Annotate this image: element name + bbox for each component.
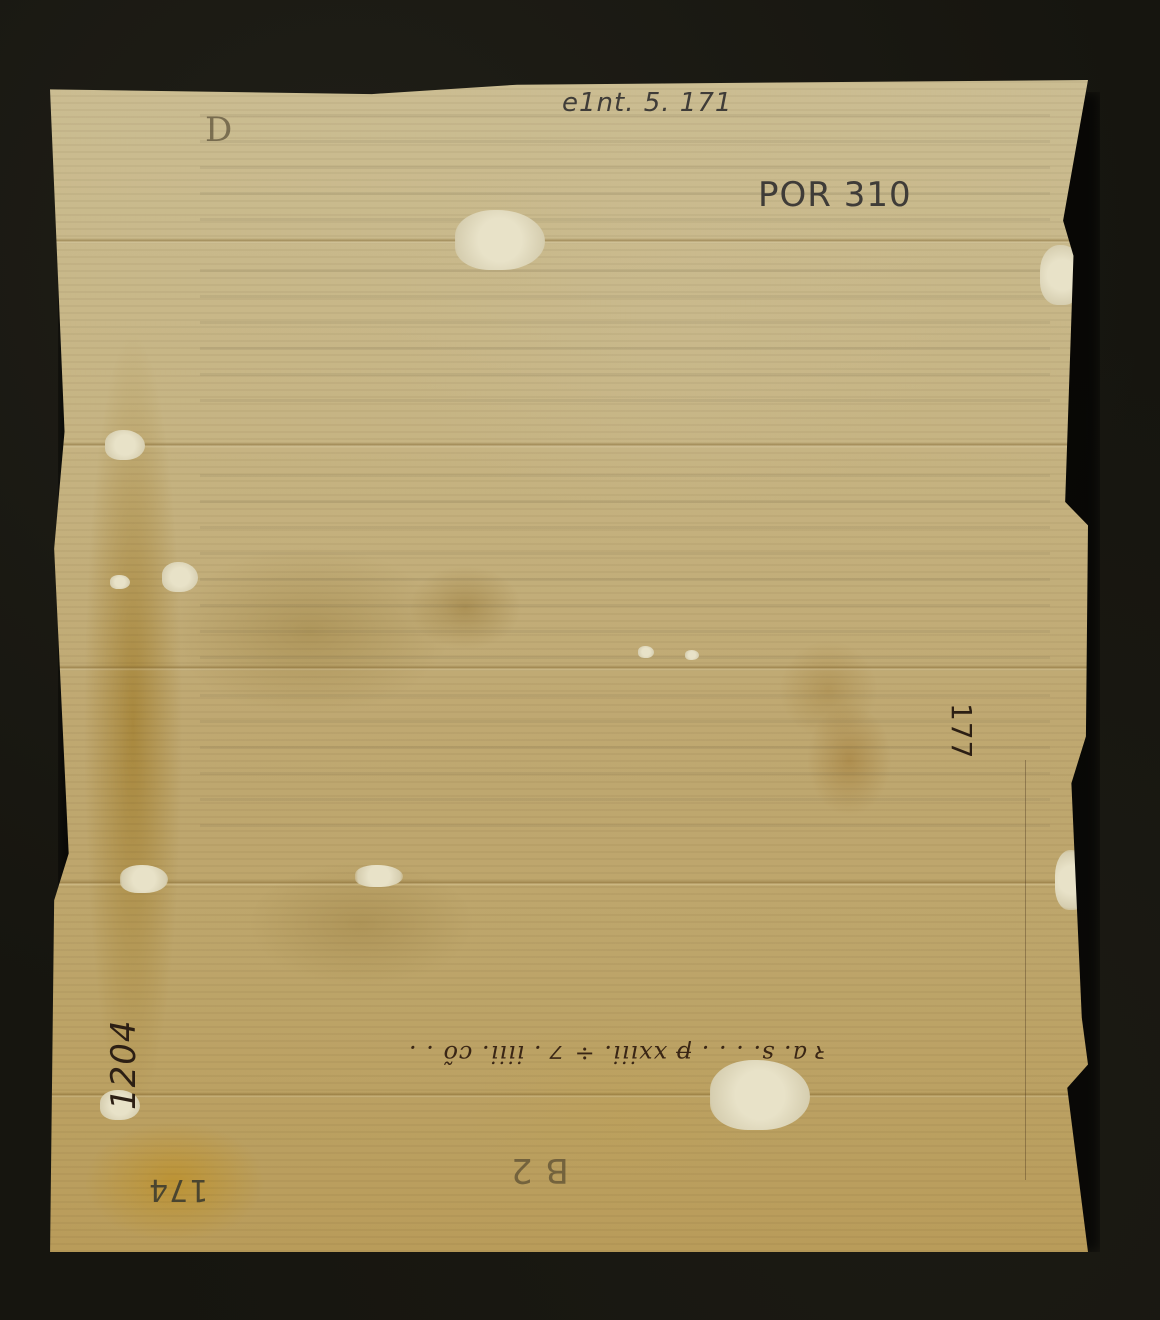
shelfmark-annotation: e1nt. 5. 171 (562, 88, 732, 118)
paper-loss-patch (105, 430, 145, 460)
fold-line-2 (50, 442, 1088, 448)
ruled-margin-line (1025, 760, 1026, 1180)
top-left-letter-fragment: D (205, 110, 233, 150)
fold-line-5 (50, 1092, 1088, 1098)
fold-line-3 (50, 665, 1088, 671)
show-through-text-block-4 (200, 680, 1050, 850)
medieval-dorsal-note: ꝛ a. s. . . . ᵽ xxiii. ÷ ⁊ . iiii. cõ . … (408, 1038, 828, 1071)
show-through-text-block-3 (200, 460, 1050, 660)
paper-loss-patch (638, 646, 654, 658)
catalogue-number-annotation: POR 310 (758, 175, 912, 215)
parchment-sheet (50, 80, 1088, 1252)
show-through-text-block-2 (200, 255, 1050, 425)
bottom-left-number-annotation: 174 (148, 1172, 208, 1207)
fold-line-1 (50, 238, 1088, 244)
year-annotation: 1204 (104, 1019, 144, 1110)
paper-loss-patch (110, 575, 130, 589)
paper-loss-patch (120, 865, 168, 893)
bottom-center-mark: B 2 (510, 1150, 569, 1190)
paper-loss-patch (355, 865, 403, 887)
rotated-number-annotation: 177 (945, 703, 978, 759)
paper-loss-patch (455, 210, 545, 270)
paper-loss-patch (162, 562, 198, 592)
show-through-text-block-1 (200, 100, 1050, 230)
paper-loss-patch (685, 650, 699, 660)
fold-line-4 (50, 880, 1088, 886)
